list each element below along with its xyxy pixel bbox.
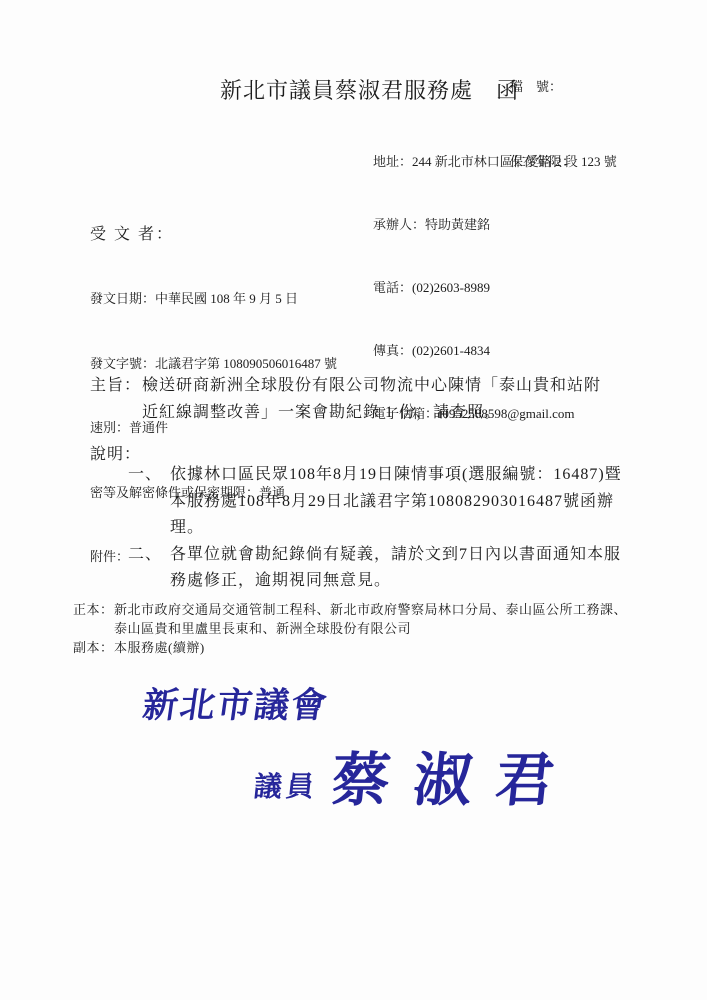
item-text: 依據林口區民眾108年8月19日陳情事項(選服編號：16487)暨本服務處108… (170, 462, 625, 542)
sender-phone: 電話：(02)2603-8989 (373, 277, 617, 298)
original-copy-label: 正本： (73, 601, 114, 620)
issue-date: 發文日期：中華民國 108 年 9 月 5 日 (90, 288, 337, 310)
distribution-block: 正本： 新北市政府交通局交通管制工程科、新北市政府警察局林口分局、泰山區公所工務… (73, 601, 630, 658)
doc-number: 發文字號：北議君字第 108090506016487 號 (90, 353, 337, 375)
distribution-cc: 副本： 本服務處(續辦) (73, 639, 630, 658)
archive-no-label: 檔 號： (510, 74, 575, 99)
item-text: 各單位就會勘紀錄倘有疑義，請於文到7日內以書面通知本服務處修正，逾期視同無意見。 (170, 542, 625, 595)
subject-text: 檢送研商新洲全球股份有限公司物流中心陳情「泰山貴和站附近紅線調整改善」一案會勘紀… (142, 372, 604, 426)
item-number: 一、 (128, 462, 170, 489)
official-letter-page: 檔 號： 保存年限： 新北市議員蔡淑君服務處 函 地址：244 新北市林口區仁愛… (0, 0, 707, 1000)
distribution-original: 正本： 新北市政府交通局交通管制工程科、新北市政府警察局林口分局、泰山區公所工務… (73, 601, 630, 638)
signature-member-name: 蔡淑君 (328, 733, 583, 817)
explanation-item-1: 一、 依據林口區民眾108年8月19日陳情事項(選服編號：16487)暨本服務處… (128, 462, 625, 542)
recipient-label: 受 文 者： (90, 221, 174, 244)
item-number: 二、 (128, 542, 170, 569)
cc-label: 副本： (73, 639, 114, 658)
explanation-item-2: 二、 各單位就會勘紀錄倘有疑義，請於文到7日內以書面通知本服務處修正，逾期視同無… (128, 542, 625, 595)
subject-label: 主旨： (90, 372, 142, 399)
sender-contact-person: 承辦人：特助黃建銘 (373, 214, 617, 235)
sender-address: 地址：244 新北市林口區仁愛路 2 段 123 號 (373, 151, 617, 172)
signature-council-stamp: 新北市議會 (140, 678, 332, 728)
signature-member-title: 議員 (252, 765, 320, 805)
cc-recipients: 本服務處(續辦) (114, 639, 630, 658)
original-copy-recipients: 新北市政府交通局交通管制工程科、新北市政府警察局林口分局、泰山區公所工務課、泰山… (114, 601, 630, 638)
sender-fax: 傳真：(02)2601-4834 (373, 340, 617, 361)
document-title: 新北市議員蔡淑君服務處 函 (220, 74, 519, 105)
subject-section: 主旨： 檢送研商新洲全球股份有限公司物流中心陳情「泰山貴和站附近紅線調整改善」一… (90, 372, 610, 426)
explanation-list: 一、 依據林口區民眾108年8月19日陳情事項(選服編號：16487)暨本服務處… (128, 462, 625, 595)
explanation-label: 說明： (90, 441, 141, 464)
